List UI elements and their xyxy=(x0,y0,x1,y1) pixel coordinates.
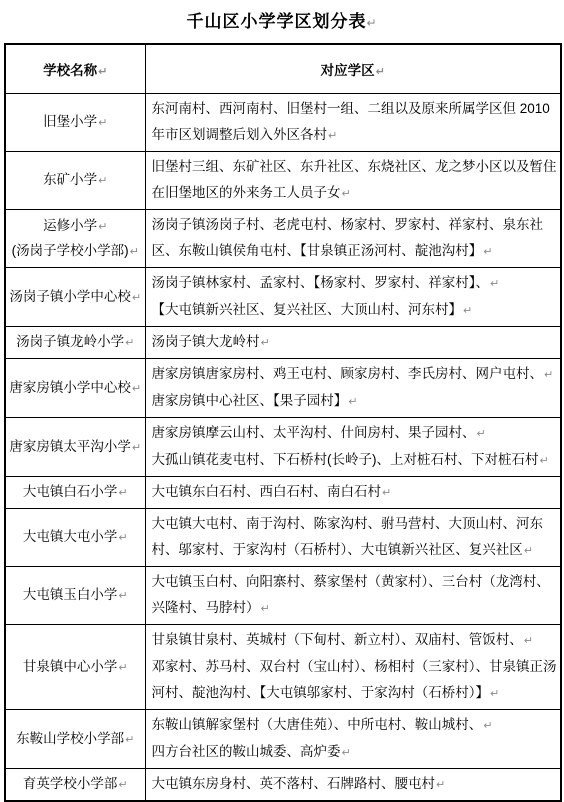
table-row: 旧堡小学↵东河南村、西河南村、旧堡村一组、二组以及原来所属学区但 2010 年市… xyxy=(5,94,561,152)
paragraph-text: 大屯镇大屯村、南于沟村、陈家沟村、驸马营村、大顶山村、河东村、邬家村、于家沟村（… xyxy=(152,516,544,557)
paragraph-mark-icon: ↵ xyxy=(375,66,385,78)
paragraph-text: 甘泉镇中心小学 xyxy=(23,659,118,674)
paragraph-text: 四方台社区的鞍山城委、高炉委 xyxy=(152,744,341,759)
paragraph-text: 唐家房镇中心社区、【果子园村】 xyxy=(152,393,348,408)
table-header-row: 学校名称↵ 对应学区↵ xyxy=(5,44,561,94)
school-name-cell: 旧堡小学↵ xyxy=(5,94,145,152)
paragraph-text: 汤岗子镇林家村、孟家村、【杨家村、罗家村、祥家村】、 xyxy=(152,275,490,290)
cell-paragraph: 育英学校小学部↵ xyxy=(9,772,142,797)
cell-paragraph: 东河南村、西河南村、旧堡村一组、二组以及原来所属学区但 2010 年市区划调整后… xyxy=(152,96,559,149)
school-name-cell: 唐家房镇小学中心校↵ xyxy=(5,359,145,418)
table-body: 旧堡小学↵东河南村、西河南村、旧堡村一组、二组以及原来所属学区但 2010 年市… xyxy=(5,94,561,802)
table-row: 东矿小学↵旧堡村三组、东矿社区、东升社区、东烧社区、龙之梦小区以及暂住在旧堡地区… xyxy=(5,152,561,210)
paragraph-text: 大孤山镇花麦屯村、下石桥村(长岭子)、上对桩石村、下对桩石村 xyxy=(152,452,539,467)
table-row: 汤岗子镇小学中心校↵汤岗子镇林家村、孟家村、【杨家村、罗家村、祥家村】、↵【大屯… xyxy=(5,268,561,327)
paragraph-text: 东鞍山镇解家堡村（大唐佳苑）、中所屯村、鞍山城村、 xyxy=(152,717,483,732)
paragraph-mark-icon: ↵ xyxy=(366,16,377,30)
paragraph-mark-icon: ↵ xyxy=(489,278,499,290)
paragraph-text: 东河南村、西河南村、旧堡村一组、二组以及原来所属学区但 2010 年市区划调整后… xyxy=(152,101,550,142)
district-cell: 汤岗子镇林家村、孟家村、【杨家村、罗家村、祥家村】、↵【大屯镇新兴社区、复兴社区… xyxy=(145,268,561,327)
cell-paragraph: 汤岗子镇汤岗子村、老虎屯村、杨家村、罗家村、祥家村、泉东社区、东鞍山镇侯角屯村、… xyxy=(152,212,559,265)
paragraph-text: 运修小学 xyxy=(43,218,97,233)
paragraph-mark-icon: ↵ xyxy=(489,688,499,700)
district-cell: 大屯镇东白石村、西白石村、南白石村↵ xyxy=(145,477,561,509)
paragraph-mark-icon: ↵ xyxy=(117,532,127,544)
school-name-cell: 甘泉镇中心小学↵ xyxy=(5,625,145,710)
cell-paragraph: 汤岗子镇龙岭小学↵ xyxy=(9,330,142,355)
paragraph-text: 【大屯镇新兴社区、复兴社区、大顶山村、河东村】 xyxy=(152,302,463,317)
table-row: 运修小学↵(汤岗子学校小学部)↵汤岗子镇汤岗子村、老虎屯村、杨家村、罗家村、祥家… xyxy=(5,210,561,268)
paragraph-mark-icon: ↵ xyxy=(482,246,492,258)
district-cell: 汤岗子镇大龙岭村↵ xyxy=(145,327,561,359)
cell-paragraph: 大孤山镇花麦屯村、下石桥村(长岭子)、上对桩石村、下对桩石村↵ xyxy=(152,447,559,474)
paragraph-mark-icon: ↵ xyxy=(117,590,127,602)
document: 千山区小学学区划分表↵ 学校名称↵ 对应学区↵ 旧堡小学↵东河南村、西河南村、旧… xyxy=(0,0,564,802)
school-name-cell: 大屯镇玉白小学↵ xyxy=(5,567,145,625)
cell-paragraph: 汤岗子镇小学中心校↵ xyxy=(9,285,142,310)
paragraph-text: 大屯镇大屯小学 xyxy=(23,529,118,544)
paragraph-mark-icon: ↵ xyxy=(482,720,492,732)
paragraph-mark-icon: ↵ xyxy=(97,117,107,129)
cell-paragraph: 【大屯镇新兴社区、复兴社区、大顶山村、河东村】↵ xyxy=(152,297,559,324)
table-row: 大屯镇玉白小学↵大屯镇玉白村、向阳寨村、蔡家堡村（黄家村）、三台村（龙湾村、兴隆… xyxy=(5,567,561,625)
table-row: 东鞍山学校小学部↵东鞍山镇解家堡村（大唐佳苑）、中所屯村、鞍山城村、↵四方台社区… xyxy=(5,710,561,769)
school-name-cell: 育英学校小学部↵ xyxy=(5,769,145,802)
school-name-cell: 汤岗子镇小学中心校↵ xyxy=(5,268,145,327)
district-cell: 甘泉镇甘泉村、英城村（下甸村、新立村）、双庙村、管饭村、↵邓家村、苏马村、双台村… xyxy=(145,625,561,710)
paragraph-mark-icon: ↵ xyxy=(129,246,139,258)
paragraph-mark-icon: ↵ xyxy=(131,442,141,454)
paragraph-mark-icon: ↵ xyxy=(381,487,391,499)
cell-paragraph: 大屯镇大屯小学↵ xyxy=(9,525,142,550)
cell-paragraph: 唐家房镇太平沟小学↵ xyxy=(9,435,142,460)
header-district: 对应学区↵ xyxy=(145,44,561,94)
cell-paragraph: 唐家房镇中心社区、【果子园村】↵ xyxy=(152,388,559,415)
cell-paragraph: 汤岗子镇大龙岭村↵ xyxy=(152,329,559,356)
paragraph-mark-icon: ↵ xyxy=(124,734,134,746)
school-name-cell: 大屯镇白石小学↵ xyxy=(5,477,145,509)
cell-paragraph: 大屯镇东房身村、英不落村、石牌路村、腰屯村↵ xyxy=(152,771,559,798)
paragraph-mark-icon: ↵ xyxy=(124,337,134,349)
cell-paragraph: 邓家村、苏马村、双台村（宝山村）、杨相村（三家村）、甘泉镇正汤河村、靛池沟村、【… xyxy=(152,654,559,707)
paragraph-text: 汤岗子镇龙岭小学 xyxy=(16,334,124,349)
district-cell: 唐家房镇唐家房村、鸡王屯村、顾家房村、李氏房村、网户屯村、↵唐家房镇中心社区、【… xyxy=(145,359,561,418)
school-name-cell: 唐家房镇太平沟小学↵ xyxy=(5,418,145,477)
district-cell: 汤岗子镇汤岗子村、老虎屯村、杨家村、罗家村、祥家村、泉东社区、东鞍山镇侯角屯村、… xyxy=(145,210,561,268)
paragraph-mark-icon: ↵ xyxy=(327,130,337,142)
paragraph-text: 东鞍山学校小学部 xyxy=(16,731,124,746)
table-row: 育英学校小学部↵大屯镇东房身村、英不落村、石牌路村、腰屯村↵ xyxy=(5,769,561,802)
cell-paragraph: 旧堡小学↵ xyxy=(9,110,142,135)
paragraph-text: 甘泉镇甘泉村、英城村（下甸村、新立村）、双庙村、管饭村、 xyxy=(152,632,523,647)
paragraph-mark-icon: ↵ xyxy=(341,188,351,200)
school-name-cell: 运修小学↵(汤岗子学校小学部)↵ xyxy=(5,210,145,268)
paragraph-mark-icon: ↵ xyxy=(341,747,351,759)
district-cell: 唐家房镇摩云山村、太平沟村、什间房村、果子园村、↵大孤山镇花麦屯村、下石桥村(长… xyxy=(145,418,561,477)
paragraph-mark-icon: ↵ xyxy=(523,545,533,557)
paragraph-mark-icon: ↵ xyxy=(131,292,141,304)
cell-paragraph: 甘泉镇中心小学↵ xyxy=(9,655,142,680)
paragraph-text: 大屯镇玉白村、向阳寨村、蔡家堡村（黄家村）、三台村（龙湾村、兴隆村、马脖村） xyxy=(152,574,550,615)
paragraph-mark-icon: ↵ xyxy=(539,455,549,467)
cell-paragraph: 汤岗子镇林家村、孟家村、【杨家村、罗家村、祥家村】、↵ xyxy=(152,270,559,297)
cell-paragraph: 东鞍山学校小学部↵ xyxy=(9,727,142,752)
page-title-text: 千山区小学学区划分表 xyxy=(186,12,366,31)
paragraph-text: 汤岗子镇小学中心校 xyxy=(9,289,131,304)
schools-table: 学校名称↵ 对应学区↵ 旧堡小学↵东河南村、西河南村、旧堡村一组、二组以及原来所… xyxy=(4,43,562,802)
paragraph-text: 育英学校小学部 xyxy=(23,776,118,791)
paragraph-text: 大屯镇东房身村、英不落村、石牌路村、腰屯村 xyxy=(152,776,436,791)
cell-paragraph: 大屯镇玉白小学↵ xyxy=(9,583,142,608)
district-cell: 东鞍山镇解家堡村（大唐佳苑）、中所屯村、鞍山城村、↵四方台社区的鞍山城委、高炉委… xyxy=(145,710,561,769)
table-row: 唐家房镇小学中心校↵唐家房镇唐家房村、鸡王屯村、顾家房村、李氏房村、网户屯村、↵… xyxy=(5,359,561,418)
paragraph-text: 汤岗子镇大龙岭村 xyxy=(152,334,260,349)
district-cell: 东河南村、西河南村、旧堡村一组、二组以及原来所属学区但 2010 年市区划调整后… xyxy=(145,94,561,152)
paragraph-mark-icon: ↵ xyxy=(260,337,270,349)
table-row: 大屯镇白石小学↵大屯镇东白石村、西白石村、南白石村↵ xyxy=(5,477,561,509)
school-name-cell: 东矿小学↵ xyxy=(5,152,145,210)
header-school-name: 学校名称↵ xyxy=(5,44,145,94)
paragraph-mark-icon: ↵ xyxy=(97,175,107,187)
cell-paragraph: 运修小学↵ xyxy=(9,214,142,239)
paragraph-mark-icon: ↵ xyxy=(97,221,107,233)
paragraph-mark-icon: ↵ xyxy=(462,305,472,317)
paragraph-text: 旧堡小学 xyxy=(43,114,97,129)
table-row: 甘泉镇中心小学↵甘泉镇甘泉村、英城村（下甸村、新立村）、双庙村、管饭村、↵邓家村… xyxy=(5,625,561,710)
paragraph-text: 旧堡村三组、东矿社区、东升社区、东烧社区、龙之梦小区以及暂住在旧堡地区的外来务工… xyxy=(152,159,557,200)
paragraph-text: 大屯镇白石小学 xyxy=(23,484,118,499)
paragraph-mark-icon: ↵ xyxy=(131,383,141,395)
cell-paragraph: 大屯镇白石小学↵ xyxy=(9,480,142,505)
paragraph-text: 唐家房镇小学中心校 xyxy=(9,380,131,395)
cell-paragraph: 大屯镇大屯村、南于沟村、陈家沟村、驸马营村、大顶山村、河东村、邬家村、于家沟村（… xyxy=(152,511,559,564)
school-name-cell: 大屯镇大屯小学↵ xyxy=(5,509,145,567)
paragraph-mark-icon: ↵ xyxy=(260,603,270,615)
table-row: 汤岗子镇龙岭小学↵汤岗子镇大龙岭村↵ xyxy=(5,327,561,359)
paragraph-mark-icon: ↵ xyxy=(117,487,127,499)
cell-paragraph: 东矿小学↵ xyxy=(9,168,142,193)
school-name-cell: 东鞍山学校小学部↵ xyxy=(5,710,145,769)
table-row: 大屯镇大屯小学↵大屯镇大屯村、南于沟村、陈家沟村、驸马营村、大顶山村、河东村、邬… xyxy=(5,509,561,567)
paragraph-mark-icon: ↵ xyxy=(543,369,553,381)
district-cell: 旧堡村三组、东矿社区、东升社区、东烧社区、龙之梦小区以及暂住在旧堡地区的外来务工… xyxy=(145,152,561,210)
district-cell: 大屯镇玉白村、向阳寨村、蔡家堡村（黄家村）、三台村（龙湾村、兴隆村、马脖村）↵ xyxy=(145,567,561,625)
paragraph-mark-icon: ↵ xyxy=(435,779,445,791)
paragraph-mark-icon: ↵ xyxy=(97,66,107,78)
cell-paragraph: 甘泉镇甘泉村、英城村（下甸村、新立村）、双庙村、管饭村、↵ xyxy=(152,627,559,654)
paragraph-mark-icon: ↵ xyxy=(347,396,357,408)
paragraph-text: 唐家房镇太平沟小学 xyxy=(9,439,131,454)
cell-paragraph: (汤岗子学校小学部)↵ xyxy=(9,239,142,264)
cell-paragraph: 旧堡村三组、东矿社区、东升社区、东烧社区、龙之梦小区以及暂住在旧堡地区的外来务工… xyxy=(152,154,559,207)
paragraph-mark-icon: ↵ xyxy=(117,662,127,674)
cell-paragraph: 大屯镇东白石村、西白石村、南白石村↵ xyxy=(152,479,559,506)
page-title: 千山区小学学区划分表↵ xyxy=(4,10,560,35)
school-name-cell: 汤岗子镇龙岭小学↵ xyxy=(5,327,145,359)
paragraph-text: 东矿小学 xyxy=(43,172,97,187)
paragraph-mark-icon: ↵ xyxy=(523,635,533,647)
paragraph-mark-icon: ↵ xyxy=(117,779,127,791)
cell-paragraph: 东鞍山镇解家堡村（大唐佳苑）、中所屯村、鞍山城村、↵ xyxy=(152,712,559,739)
paragraph-text: 大屯镇玉白小学 xyxy=(23,587,118,602)
cell-paragraph: 唐家房镇摩云山村、太平沟村、什间房村、果子园村、↵ xyxy=(152,420,559,447)
paragraph-mark-icon: ↵ xyxy=(476,428,486,440)
paragraph-text: 大屯镇东白石村、西白石村、南白石村 xyxy=(152,484,382,499)
cell-paragraph: 唐家房镇小学中心校↵ xyxy=(9,376,142,401)
paragraph-text: 唐家房镇摩云山村、太平沟村、什间房村、果子园村、 xyxy=(152,425,476,440)
cell-paragraph: 大屯镇玉白村、向阳寨村、蔡家堡村（黄家村）、三台村（龙湾村、兴隆村、马脖村）↵ xyxy=(152,569,559,622)
paragraph-text: 唐家房镇唐家房村、鸡王屯村、顾家房村、李氏房村、网户屯村、 xyxy=(152,366,544,381)
district-cell: 大屯镇大屯村、南于沟村、陈家沟村、驸马营村、大顶山村、河东村、邬家村、于家沟村（… xyxy=(145,509,561,567)
paragraph-text: (汤岗子学校小学部) xyxy=(12,243,129,258)
cell-paragraph: 四方台社区的鞍山城委、高炉委↵ xyxy=(152,739,559,766)
table-row: 唐家房镇太平沟小学↵唐家房镇摩云山村、太平沟村、什间房村、果子园村、↵大孤山镇花… xyxy=(5,418,561,477)
cell-paragraph: 唐家房镇唐家房村、鸡王屯村、顾家房村、李氏房村、网户屯村、↵ xyxy=(152,361,559,388)
district-cell: 大屯镇东房身村、英不落村、石牌路村、腰屯村↵ xyxy=(145,769,561,802)
